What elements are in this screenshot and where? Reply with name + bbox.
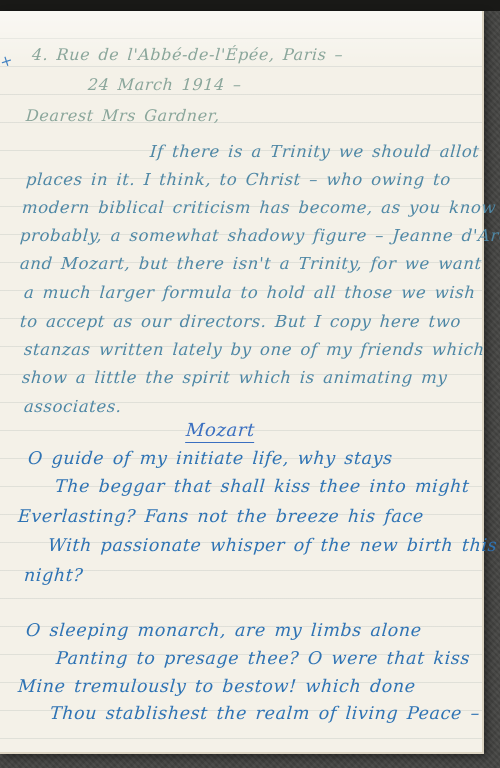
- poem-title-text: Mozart: [185, 420, 256, 443]
- body-line: and Mozart, but there isn't a Trinity, f…: [19, 254, 482, 273]
- poem-line: The beggar that shall kiss thee into mig…: [54, 477, 470, 497]
- body-line: probably, a somewhat shadowy figure – Je…: [19, 226, 500, 245]
- scan-top-border: [0, 0, 500, 11]
- body-line: If there is a Trinity we should allot: [149, 142, 480, 161]
- body-line: show a little the spirit which is animat…: [21, 368, 448, 387]
- date-line: 24 March 1914 –: [87, 75, 242, 94]
- body-line: associates.: [23, 397, 122, 416]
- poem-line: Panting to presage thee? O were that kis…: [55, 649, 470, 669]
- body-line: places in it. I think, to Christ – who o…: [25, 170, 451, 189]
- body-line: stanzas written lately by one of my frie…: [23, 340, 485, 359]
- poem-line: Everlasting? Fans not the breeze his fac…: [17, 507, 424, 527]
- body-line: a much larger formula to hold all those …: [23, 283, 476, 302]
- body-line: to accept as our directors. But I copy h…: [19, 312, 461, 331]
- poem-title: Mozart: [185, 420, 255, 441]
- letter-paper: + 4. Rue de l'Abbé-de-l'Épée, Paris – 24…: [0, 11, 484, 754]
- margin-plus-mark: +: [0, 50, 15, 71]
- address-line: 4. Rue de l'Abbé-de-l'Épée, Paris –: [31, 45, 344, 64]
- poem-line: Mine tremulously to bestow! which done: [17, 677, 416, 697]
- poem-line: With passionate whisper of the new birth…: [47, 536, 498, 556]
- poem-line: Thou stablishest the realm of living Pea…: [49, 704, 480, 724]
- poem-line: O guide of my initiate life, why stays: [27, 449, 393, 469]
- poem-line: O sleeping monarch, are my limbs alone: [25, 621, 422, 641]
- body-line: modern biblical criticism has become, as…: [21, 198, 497, 217]
- poem-line: night?: [23, 566, 84, 586]
- salutation-line: Dearest Mrs Gardner,: [25, 106, 220, 125]
